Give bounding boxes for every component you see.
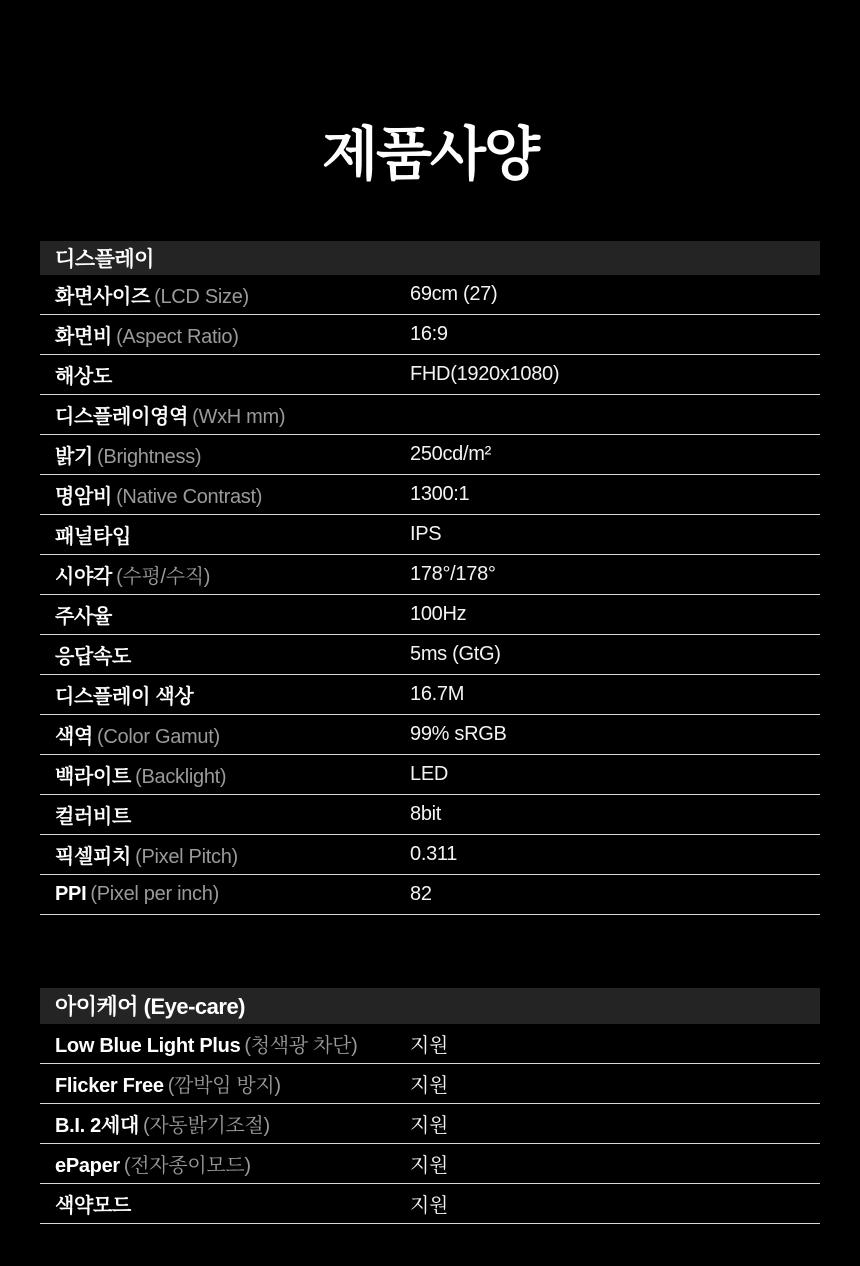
spec-label-primary: 컬러비트 (55, 806, 131, 828)
spec-label-secondary: (청색광 차단) (244, 1035, 357, 1057)
spec-label-primary: 픽셀피치 (55, 846, 131, 868)
section-header-eyecare: 아이케어 (Eye-care) (40, 988, 820, 1024)
spec-label: PPI(Pixel per inch) (55, 883, 410, 906)
spec-row-aspect-ratio: 화면비(Aspect Ratio) 16:9 (40, 315, 820, 355)
spec-row-pixel-pitch: 픽셀피치(Pixel Pitch) 0.311 (40, 835, 820, 875)
spec-label-primary: 명암비 (55, 486, 112, 508)
spec-label: 색역(Color Gamut) (55, 720, 410, 749)
spec-label: ePaper(전자종이모드) (55, 1149, 410, 1178)
spec-label-secondary: (Aspect Ratio) (116, 326, 239, 348)
spec-label: Flicker Free(깜박임 방지) (55, 1069, 410, 1098)
spec-value: 지원 (410, 1069, 448, 1098)
spec-value: 99% sRGB (410, 723, 507, 746)
spec-row-epaper: ePaper(전자종이모드) 지원 (40, 1144, 820, 1184)
spec-label-secondary: (Pixel Pitch) (135, 846, 238, 868)
spec-label-primary: 주사율 (55, 606, 112, 628)
spec-value: 16.7M (410, 683, 464, 706)
spec-value: 1300:1 (410, 483, 469, 506)
spec-row-brightness: 밝기(Brightness) 250cd/m² (40, 435, 820, 475)
spec-row-viewing-angle: 시야각(수평/수직) 178°/178° (40, 555, 820, 595)
spec-value: 69cm (27) (410, 283, 497, 306)
spec-label-secondary: (깜박임 방지) (168, 1075, 281, 1097)
spec-label-primary: 색역 (55, 726, 93, 748)
spec-label: 밝기(Brightness) (55, 440, 410, 469)
spec-value: 16:9 (410, 323, 448, 346)
spec-row-refresh-rate: 주사율 100Hz (40, 595, 820, 635)
spec-row-display-area: 디스플레이영역(WxH mm) (40, 395, 820, 435)
spec-value: 지원 (410, 1029, 448, 1058)
spec-value: IPS (410, 523, 441, 546)
spec-label: 컬러비트 (55, 800, 410, 829)
spec-label: 디스플레이 색상 (55, 680, 410, 709)
spec-label-secondary: (LCD Size) (154, 286, 249, 308)
spec-table-display: 화면사이즈(LCD Size) 69cm (27) 화면비(Aspect Rat… (40, 275, 820, 915)
spec-label-primary: 색약모드 (55, 1195, 131, 1217)
spec-row-display-colors: 디스플레이 색상 16.7M (40, 675, 820, 715)
spec-value: 178°/178° (410, 563, 496, 586)
spec-label-primary: 응답속도 (55, 646, 131, 668)
spec-label-secondary: (Color Gamut) (97, 726, 220, 748)
spec-value: 지원 (410, 1189, 448, 1218)
spec-row-backlight: 백라이트(Backlight) LED (40, 755, 820, 795)
spec-label-primary: Low Blue Light Plus (55, 1035, 240, 1057)
spec-value: LED (410, 763, 448, 786)
spec-value: 250cd/m² (410, 443, 491, 466)
spec-value: 82 (410, 883, 432, 906)
spec-label-primary: 화면사이즈 (55, 286, 150, 308)
spec-label-primary: ePaper (55, 1155, 120, 1177)
spec-label: 패널타입 (55, 520, 410, 549)
spec-label-primary: 해상도 (55, 366, 112, 388)
spec-label: 색약모드 (55, 1189, 410, 1218)
page-title: 제품사양 (0, 0, 860, 189)
spec-row-response-time: 응답속도 5ms (GtG) (40, 635, 820, 675)
spec-row-flicker-free: Flicker Free(깜박임 방지) 지원 (40, 1064, 820, 1104)
spec-row-contrast: 명암비(Native Contrast) 1300:1 (40, 475, 820, 515)
spec-label-primary: 디스플레이 색상 (55, 686, 193, 708)
spec-row-lcd-size: 화면사이즈(LCD Size) 69cm (27) (40, 275, 820, 315)
spec-label-primary: B.I. 2세대 (55, 1115, 139, 1137)
spec-label: Low Blue Light Plus(청색광 차단) (55, 1029, 410, 1058)
section-display: 디스플레이 화면사이즈(LCD Size) 69cm (27) 화면비(Aspe… (40, 241, 820, 915)
spec-label-primary: PPI (55, 883, 86, 905)
spec-label: 백라이트(Backlight) (55, 760, 410, 789)
spec-value: 지원 (410, 1149, 448, 1178)
spec-row-panel-type: 패널타입 IPS (40, 515, 820, 555)
spec-row-resolution: 해상도 FHD(1920x1080) (40, 355, 820, 395)
spec-label-secondary: (자동밝기조절) (143, 1115, 270, 1137)
spec-value: FHD(1920x1080) (410, 363, 559, 386)
spec-label: 화면사이즈(LCD Size) (55, 280, 410, 309)
spec-row-low-blue-light: Low Blue Light Plus(청색광 차단) 지원 (40, 1024, 820, 1064)
spec-label: 명암비(Native Contrast) (55, 480, 410, 509)
spec-label-primary: 디스플레이영역 (55, 406, 188, 428)
spec-label-secondary: (WxH mm) (192, 406, 285, 428)
spec-label-secondary: (전자종이모드) (124, 1155, 251, 1177)
spec-label-primary: Flicker Free (55, 1075, 164, 1097)
spec-row-bi-gen2: B.I. 2세대(자동밝기조절) 지원 (40, 1104, 820, 1144)
spec-page: 제품사양 디스플레이 화면사이즈(LCD Size) 69cm (27) 화면비… (0, 0, 860, 1266)
spec-value: 8bit (410, 803, 441, 826)
spec-label: 픽셀피치(Pixel Pitch) (55, 840, 410, 869)
spec-value: 0.311 (410, 843, 457, 866)
spec-label-secondary: (Backlight) (135, 766, 226, 788)
spec-label-secondary: (수평/수직) (116, 566, 210, 588)
spec-value: 100Hz (410, 603, 466, 626)
spec-label-primary: 화면비 (55, 326, 112, 348)
spec-label: 해상도 (55, 360, 410, 389)
spec-row-color-gamut: 색역(Color Gamut) 99% sRGB (40, 715, 820, 755)
spec-label: 주사율 (55, 600, 410, 629)
spec-row-color-bit: 컬러비트 8bit (40, 795, 820, 835)
spec-row-ppi: PPI(Pixel per inch) 82 (40, 875, 820, 915)
spec-label: 응답속도 (55, 640, 410, 669)
spec-label: 디스플레이영역(WxH mm) (55, 400, 410, 429)
spec-label: 시야각(수평/수직) (55, 560, 410, 589)
spec-value: 5ms (GtG) (410, 643, 501, 666)
spec-table-eyecare: Low Blue Light Plus(청색광 차단) 지원 Flicker F… (40, 1024, 820, 1224)
section-eyecare: 아이케어 (Eye-care) Low Blue Light Plus(청색광 … (40, 988, 820, 1224)
spec-label-primary: 시야각 (55, 566, 112, 588)
spec-row-color-weakness-mode: 색약모드 지원 (40, 1184, 820, 1224)
spec-label-secondary: (Pixel per inch) (90, 883, 219, 905)
spec-label-primary: 밝기 (55, 446, 93, 468)
spec-label-primary: 패널타입 (55, 526, 131, 548)
spec-label: 화면비(Aspect Ratio) (55, 320, 410, 349)
spec-label: B.I. 2세대(자동밝기조절) (55, 1109, 410, 1138)
spec-label-secondary: (Native Contrast) (116, 486, 262, 508)
spec-value: 지원 (410, 1109, 448, 1138)
spec-label-secondary: (Brightness) (97, 446, 201, 468)
spec-label-primary: 백라이트 (55, 766, 131, 788)
section-header-display: 디스플레이 (40, 241, 820, 275)
